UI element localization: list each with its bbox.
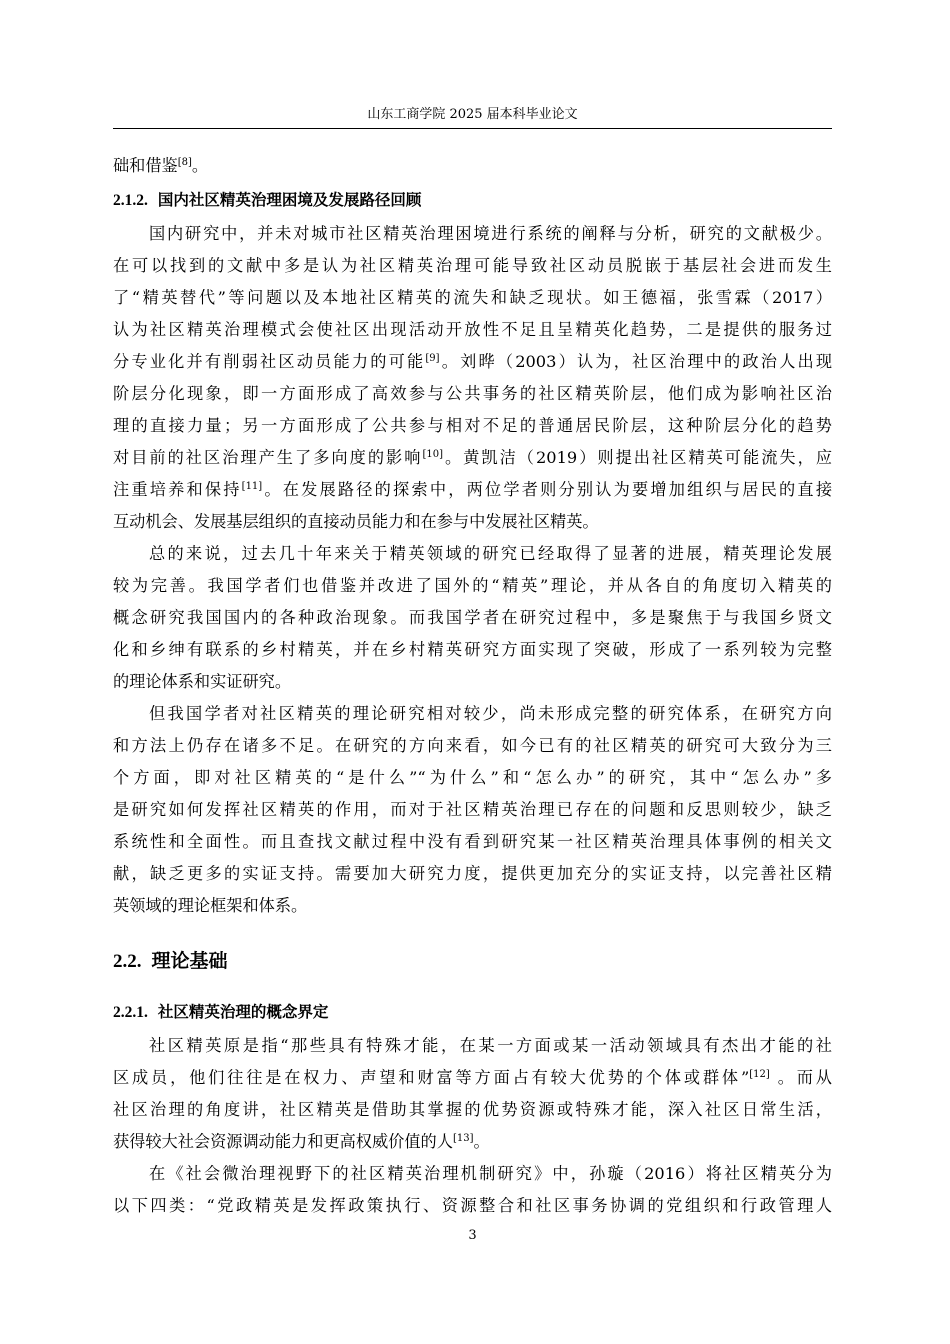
paragraph-5: 在《社会微治理视野下的社区精英治理机制研究》中，孙璇（2016）将社区精英分为 … — [113, 1158, 832, 1222]
text-line: 认为社区精英治理模式会使社区出现活动开放性不足且呈精英化趋势，二是提供的服务过 — [113, 314, 832, 346]
text-line: 获得较大社会资源调动能力和更高权威价值的人[13]。 — [113, 1126, 832, 1158]
paragraph-1: 国内研究中，并未对城市社区精英治理困境进行系统的阐释与分析，研究的文献极少。 在… — [113, 218, 832, 538]
paragraph-3: 但我国学者对社区精英的理论研究相对较少，尚未形成完整的研究体系，在研究方向 和方… — [113, 698, 832, 922]
text-line: 在《社会微治理视野下的社区精英治理机制研究》中，孙璇（2016）将社区精英分为 — [113, 1158, 832, 1190]
text-line: 个方面，即对社区精英的“是什么”“为什么”和“怎么办”的研究，其中“怎么办”多 — [113, 762, 832, 794]
text-line: 化和乡绅有联系的乡村精英，并在乡村精英研究方面实现了突破，形成了一系列较为完整 — [113, 634, 832, 666]
citation: [13] — [453, 1133, 474, 1144]
citation: [10] — [422, 449, 443, 460]
text-line: 分专业化并有削弱社区动员能力的可能[9]。刘晔（2003）认为，社区治理中的政治… — [113, 346, 832, 378]
section-heading-2-2: 2.2.理论基础 — [113, 936, 832, 986]
text-line: 互动机会、发展基层组织的直接动员能力和在参与中发展社区精英。 — [113, 506, 832, 538]
page-header: 山东工商学院 2025 届本科毕业论文 — [113, 106, 832, 124]
text-line: 较为完善。我国学者们也借鉴并改进了国外的“精英”理论，并从各自的角度切入精英的 — [113, 570, 832, 602]
text-line: 是研究如何发挥社区精英的作用，而对于社区精英治理已存在的问题和反思则较少，缺乏 — [113, 794, 832, 826]
text-line: 献，缺乏更多的实证支持。需要加大研究力度，提供更加充分的实证支持，以完善社区精 — [113, 858, 832, 890]
text-line: 注重培养和保持[11]。在发展路径的探索中，两位学者则分别认为要增加组织与居民的… — [113, 474, 832, 506]
section-heading-2-2-1: 2.2.1.社区精英治理的概念界定 — [113, 994, 832, 1030]
section-heading-2-1-2: 2.1.2.国内社区精英治理困境及发展路径回顾 — [113, 182, 832, 218]
text-line: 社区精英原是指“那些具有特殊才能，在某一方面或某一活动领域具有杰出才能的社 — [113, 1030, 832, 1062]
text-line: 国内研究中，并未对城市社区精英治理困境进行系统的阐释与分析，研究的文献极少。 — [113, 218, 832, 250]
citation: [9] — [425, 353, 439, 364]
text-line: 理的直接力量；另一方面形成了公共参与相对不足的普通居民阶层，这种阶层分化的趋势 — [113, 410, 832, 442]
page-number: 3 — [113, 1228, 832, 1243]
paragraph-2: 总的来说，过去几十年来关于精英领域的研究已经取得了显著的进展，精英理论发展 较为… — [113, 538, 832, 698]
text-line: 社区治理的角度讲，社区精英是借助其掌握的优势资源或特殊才能，深入社区日常生活， — [113, 1094, 832, 1126]
text-line: 以下四类：“党政精英是发挥政策执行、资源整合和社区事务协调的党组织和行政管理人 — [113, 1190, 832, 1222]
paragraph-continuation: 础和借鉴[8]。 — [113, 150, 832, 182]
text-line: 阶层分化现象，即一方面形成了高效参与公共事务的社区精英阶层，他们成为影响社区治 — [113, 378, 832, 410]
text-line: 对目前的社区治理产生了多向度的影响[10]。黄凯洁（2019）则提出社区精英可能… — [113, 442, 832, 474]
header-divider — [113, 128, 832, 129]
text-line: 总的来说，过去几十年来关于精英领域的研究已经取得了显著的进展，精英理论发展 — [113, 538, 832, 570]
text-line: 和方法上仍存在诸多不足。在研究的方向来看，如今已有的社区精英的研究可大致分为三 — [113, 730, 832, 762]
citation: [11] — [242, 481, 263, 492]
text-line: 但我国学者对社区精英的理论研究相对较少，尚未形成完整的研究体系，在研究方向 — [113, 698, 832, 730]
document-body: 础和借鉴[8]。 2.1.2.国内社区精英治理困境及发展路径回顾 国内研究中，并… — [113, 150, 832, 1222]
text-line: 了“精英替代”等问题以及本地社区精英的流失和缺乏现状。如王德福，张雪霖（2017… — [113, 282, 832, 314]
citation: [12] — [749, 1069, 770, 1080]
text-line: 的理论体系和实证研究。 — [113, 666, 832, 698]
text-line: 英领域的理论框架和体系。 — [113, 890, 832, 922]
text-line: 系统性和全面性。而且查找文献过程中没有看到研究某一社区精英治理具体事例的相关文 — [113, 826, 832, 858]
text-line: 概念研究我国国内的各种政治现象。而我国学者在研究过程中，多是聚焦于与我国乡贤文 — [113, 602, 832, 634]
citation: [8] — [178, 157, 192, 168]
text-line: 区成员，他们往往是在权力、声望和财富等方面占有较大优势的个体或群体”[12] 。… — [113, 1062, 832, 1094]
paragraph-4: 社区精英原是指“那些具有特殊才能，在某一方面或某一活动领域具有杰出才能的社 区成… — [113, 1030, 832, 1158]
text-line: 在可以找到的文献中多是认为社区精英治理可能导致社区动员脱嵌于基层社会进而发生 — [113, 250, 832, 282]
